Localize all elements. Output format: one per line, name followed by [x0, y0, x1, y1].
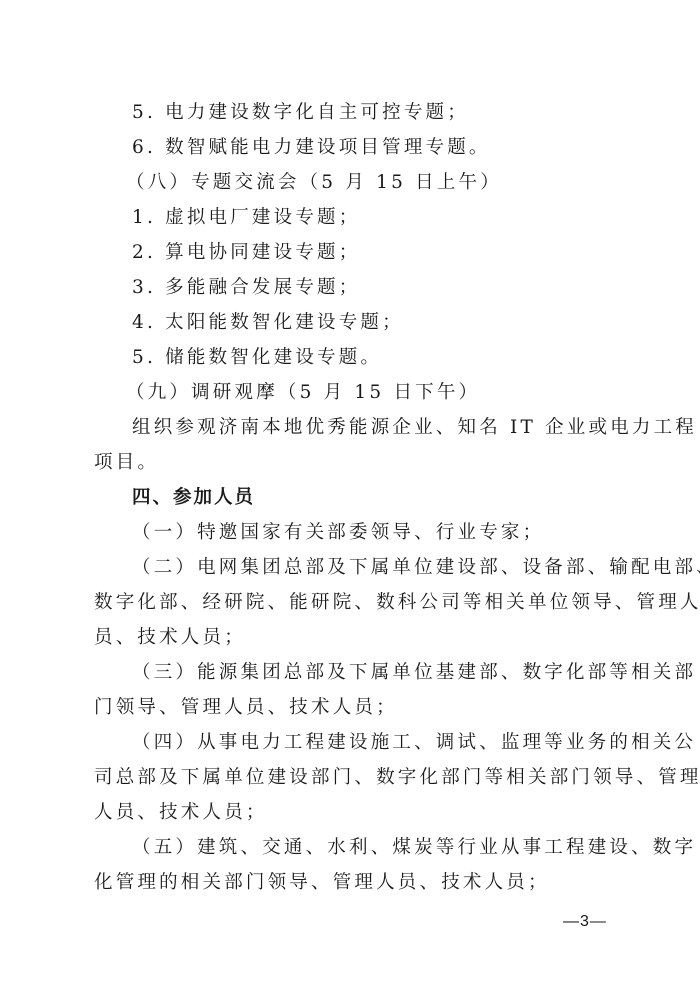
document-body: 5. 电力建设数字化自主可控专题； 6. 数智赋能电力建设项目管理专题。 （八）…: [94, 95, 614, 900]
list-item-storage: 5. 储能数智化建设专题。: [94, 340, 614, 375]
participant-item-5-line-1: （五）建筑、交通、水利、煤炭等行业从事工程建设、数字: [94, 830, 614, 865]
participant-item-4-line-3: 人员、技术人员；: [94, 795, 614, 830]
section-heading-exchange-meeting: （八）专题交流会（5 月 15 日上午）: [94, 165, 614, 200]
section-heading-site-visit: （九）调研观摩（5 月 15 日下午）: [94, 375, 614, 410]
participant-item-2-line-1: （二）电网集团总部及下属单位建设部、设备部、输配电部、: [94, 550, 614, 585]
section-heading-participants: 四、参加人员: [94, 480, 614, 515]
list-item-topic-5: 5. 电力建设数字化自主可控专题；: [94, 95, 614, 130]
page-number: —3—: [563, 913, 607, 931]
paragraph-site-visit-line-1: 组织参观济南本地优秀能源企业、知名 IT 企业或电力工程: [94, 410, 614, 445]
participant-item-4-line-2: 司总部及下属单位建设部门、数字化部门等相关部门领导、管理: [94, 760, 614, 795]
participant-item-1: （一）特邀国家有关部委领导、行业专家；: [94, 515, 614, 550]
list-item-solar: 4. 太阳能数智化建设专题；: [94, 305, 614, 340]
list-item-topic-6: 6. 数智赋能电力建设项目管理专题。: [94, 130, 614, 165]
list-item-virtual-power-plant: 1. 虚拟电厂建设专题；: [94, 200, 614, 235]
list-item-computing-power: 2. 算电协同建设专题；: [94, 235, 614, 270]
paragraph-site-visit-line-2: 项目。: [94, 445, 614, 480]
participant-item-5-line-2: 化管理的相关部门领导、管理人员、技术人员；: [94, 865, 614, 900]
participant-item-2-line-3: 员、技术人员；: [94, 620, 614, 655]
participant-item-2-line-2: 数字化部、经研院、能研院、数科公司等相关单位领导、管理人: [94, 585, 614, 620]
participant-item-3-line-1: （三）能源集团总部及下属单位基建部、数字化部等相关部: [94, 655, 614, 690]
list-item-multi-energy: 3. 多能融合发展专题；: [94, 270, 614, 305]
participant-item-4-line-1: （四）从事电力工程建设施工、调试、监理等业务的相关公: [94, 725, 614, 760]
participant-item-3-line-2: 门领导、管理人员、技术人员；: [94, 690, 614, 725]
